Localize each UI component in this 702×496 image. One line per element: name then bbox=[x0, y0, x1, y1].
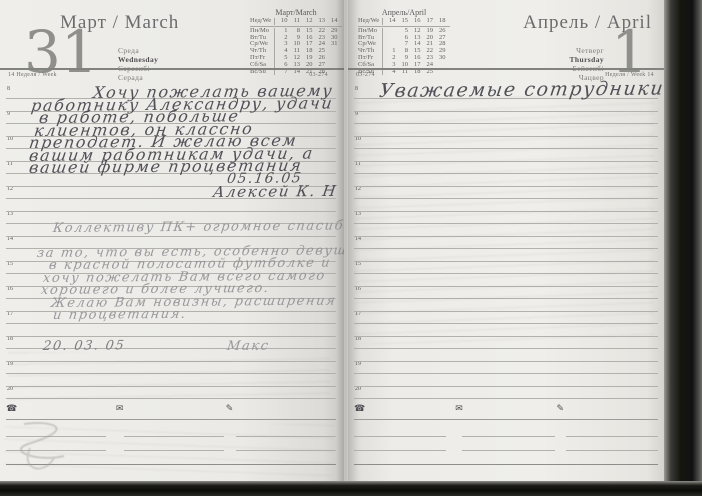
hour-label: 13 bbox=[7, 211, 13, 217]
phone-icon: ☎ bbox=[6, 404, 116, 414]
calendar-row: Нед/We1415161718 bbox=[358, 18, 450, 27]
day-number: 31 bbox=[24, 26, 98, 78]
ruled-line bbox=[354, 173, 658, 174]
calendar-row: Нед/We1011121314 bbox=[250, 18, 342, 27]
page-gutter-shadow bbox=[336, 0, 358, 483]
pencil-icon: ✎ bbox=[226, 404, 336, 414]
ruled-line bbox=[354, 211, 658, 212]
ruled-line bbox=[354, 148, 658, 149]
day-name: Wednesday bbox=[118, 55, 158, 64]
ruled-line bbox=[354, 123, 658, 124]
ruled-line bbox=[354, 223, 658, 224]
ruled-line bbox=[354, 386, 658, 387]
ruled-line bbox=[354, 136, 658, 137]
hour-label: 9 bbox=[7, 111, 10, 117]
handwritten-text: Макс bbox=[226, 339, 271, 354]
hour-label: 19 bbox=[7, 361, 13, 367]
ruled-line bbox=[354, 248, 658, 249]
ruled-line bbox=[354, 236, 658, 237]
ruled-line bbox=[354, 286, 658, 287]
ruled-line bbox=[354, 298, 658, 299]
ruled-line bbox=[354, 348, 658, 349]
day-number: 1 bbox=[611, 26, 648, 78]
contact-icons-row: ☎✉✎ bbox=[6, 404, 336, 414]
contact-icons-row: ☎✉✎ bbox=[354, 404, 658, 414]
ruled-line bbox=[6, 361, 336, 362]
day-name: Среда bbox=[118, 46, 158, 55]
footer-line bbox=[124, 436, 224, 437]
hour-label: 10 bbox=[7, 136, 13, 142]
footer-line bbox=[566, 450, 658, 451]
ruled-line bbox=[354, 373, 658, 374]
footer-line bbox=[354, 464, 658, 465]
ink-bleedthrough bbox=[356, 96, 654, 344]
ruled-line bbox=[354, 111, 658, 112]
footer-line bbox=[566, 436, 658, 437]
footer-line bbox=[462, 436, 554, 437]
hour-label: 14 bbox=[7, 236, 13, 242]
ruled-line bbox=[6, 323, 336, 324]
header-rule bbox=[0, 68, 344, 70]
mini-calendar-march: Март/MarchНед/We1011121314Пн/Mo18152229В… bbox=[250, 8, 342, 75]
ruled-line bbox=[6, 386, 336, 387]
pencil-icon: ✎ bbox=[556, 404, 657, 414]
footer-line bbox=[354, 436, 446, 437]
day-name: Серада bbox=[118, 73, 158, 82]
ruled-line bbox=[354, 198, 658, 199]
ruled-line bbox=[354, 311, 658, 312]
scanned-diary-spread: Март / March 31 СредаWednesdayСәрсенбіСе… bbox=[0, 0, 702, 496]
hour-label: 11 bbox=[7, 161, 13, 167]
ruled-line bbox=[6, 336, 336, 337]
ruled-line bbox=[354, 336, 658, 337]
calendar-title: Апрель/April bbox=[358, 8, 450, 17]
footer-line bbox=[236, 450, 336, 451]
page-code: 03-274 bbox=[356, 72, 375, 78]
page-code: 03-274 bbox=[309, 72, 328, 78]
ruled-line bbox=[354, 161, 658, 162]
footer-line bbox=[462, 450, 554, 451]
hour-label: 15 bbox=[7, 261, 13, 267]
envelope-icon: ✉ bbox=[455, 404, 556, 414]
ruled-line bbox=[6, 398, 336, 399]
hour-label: 12 bbox=[7, 186, 13, 192]
diary-page-april-1: Апрель / April 1 ЧетвергThursdayБейсенбі… bbox=[348, 0, 666, 483]
book-edge-bottom bbox=[0, 481, 702, 496]
ruled-line bbox=[354, 273, 658, 274]
book-edge-right bbox=[664, 0, 702, 496]
ruled-line bbox=[354, 186, 658, 187]
calendar-title: Март/March bbox=[250, 8, 342, 17]
hour-label: 17 bbox=[7, 311, 13, 317]
day-name: Thursday bbox=[570, 55, 604, 64]
handwritten-text: 20. 03. 05 bbox=[42, 338, 126, 354]
day-names: ЧетвергThursdayБейсенбіЧацвер bbox=[570, 46, 604, 82]
footer-line bbox=[124, 450, 224, 451]
mini-calendar-april: Апрель/AprilНед/We1415161718Пн/Mo5121926… bbox=[358, 8, 450, 75]
ruled-line bbox=[354, 261, 658, 262]
day-name: Четверг bbox=[570, 46, 604, 55]
calendar-row: Вс/Su7142128 bbox=[250, 69, 342, 76]
footer-line bbox=[236, 436, 336, 437]
hour-label: 18 bbox=[7, 336, 13, 342]
hour-label: 8 bbox=[7, 86, 10, 92]
hour-label: 16 bbox=[7, 286, 13, 292]
diary-page-march-31: Март / March 31 СредаWednesdayСәрсенбіСе… bbox=[0, 0, 344, 483]
handwritten-text: Коллективу ПК+ огромное спасибо bbox=[52, 218, 344, 236]
handwritten-text: Уважаемые сотрудники ТОО bbox=[378, 77, 666, 102]
day-names: СредаWednesdayСәрсенбіСерада bbox=[118, 46, 158, 82]
ruled-line bbox=[354, 361, 658, 362]
diary-book: Март / March 31 СредаWednesdayСәрсенбіСе… bbox=[0, 0, 666, 483]
phone-icon: ☎ bbox=[354, 404, 455, 414]
pencil-scribble bbox=[10, 418, 130, 478]
icons-underline bbox=[354, 419, 658, 420]
handwritten-text: Алексей К. Н bbox=[212, 182, 338, 201]
hour-label: 20 bbox=[7, 386, 13, 392]
ruled-line bbox=[6, 373, 336, 374]
header-rule bbox=[348, 68, 666, 70]
envelope-icon: ✉ bbox=[116, 404, 226, 414]
ruled-line bbox=[354, 398, 658, 399]
ruled-line bbox=[354, 323, 658, 324]
ruled-line bbox=[6, 211, 336, 212]
footer-line bbox=[354, 450, 446, 451]
week-label: 14 Неделя / Week bbox=[8, 72, 57, 78]
handwritten-text: и процветания. bbox=[52, 307, 188, 323]
